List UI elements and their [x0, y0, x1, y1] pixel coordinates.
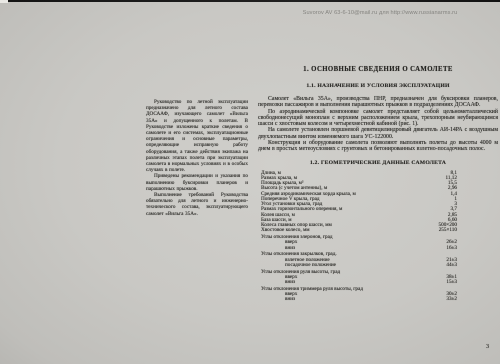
right-page: 1. ОСНОВНЫЕ СВЕДЕНИЯ О САМОЛЕТЕ 1.1. НАЗ… [258, 66, 498, 303]
left-paragraph: Руководство по летной эксплуатации предн… [146, 99, 248, 173]
spec-label: вниз [285, 280, 295, 285]
spec-value: 44±3 [423, 263, 457, 268]
body-paragraph: Конструкция и оборудование самолета позв… [258, 140, 498, 153]
body-paragraph: Самолет «Вильга 35А», производства ПНР, … [258, 96, 498, 109]
spec-value: 15±3 [423, 280, 457, 285]
page-number: 3 [486, 343, 489, 350]
spec-value: 33±2 [423, 297, 457, 302]
spec-row-elevator-down: вниз15±3 [261, 280, 457, 285]
left-paragraph: Выполнение требований Руководства обязат… [146, 192, 248, 217]
spec-row-flaps-landing: посадочное положение44±3 [261, 263, 457, 268]
section-2-title: 1.2. ГЕОМЕТРИЧЕСКИЕ ДАННЫЕ САМОЛЕТА [258, 160, 498, 166]
spec-label: Хвостовое колесо, мм [261, 228, 310, 233]
geometry-spec-table: Длина, м8,1 Размах крыла, м11,12 Площадь… [261, 171, 457, 303]
spec-row-tail-wheel: Хвостовое колесо, мм255×110 [261, 228, 457, 233]
spec-value: 255×110 [423, 228, 457, 233]
left-page: Руководство по летной эксплуатации предн… [146, 99, 248, 217]
watermark-text: Suvorov AV 63-6-10@mail.ru для http://ww… [262, 10, 498, 16]
spec-label: Углы отклонения триммера руля высоты, гр… [261, 287, 363, 292]
spec-label: вниз [285, 297, 295, 302]
spec-label: посадочное положение [285, 263, 336, 268]
chapter-title: 1. ОСНОВНЫЕ СВЕДЕНИЯ О САМОЛЕТЕ [258, 66, 498, 73]
spec-value: 16±3 [423, 246, 457, 251]
section-1-title: 1.1. НАЗНАЧЕНИЕ И УСЛОВИЯ ЭКСПЛУАТАЦИИ [258, 83, 498, 89]
scan-corner-artifact [0, 0, 8, 3]
body-paragraph: По аэродинамической компоновке самолет п… [258, 109, 498, 128]
scanned-book-spread: Suvorov AV 63-6-10@mail.ru для http://ww… [0, 0, 500, 364]
spec-label: Углы отклонения руля высоты, град [261, 270, 340, 275]
spec-row-trim-down: вниз33±2 [261, 297, 457, 302]
body-paragraph: На самолете установлен поршневой девятиц… [258, 127, 498, 140]
left-paragraph: Приведены рекомендации и указания по вып… [146, 173, 248, 192]
scan-edge-line [8, 0, 500, 2]
